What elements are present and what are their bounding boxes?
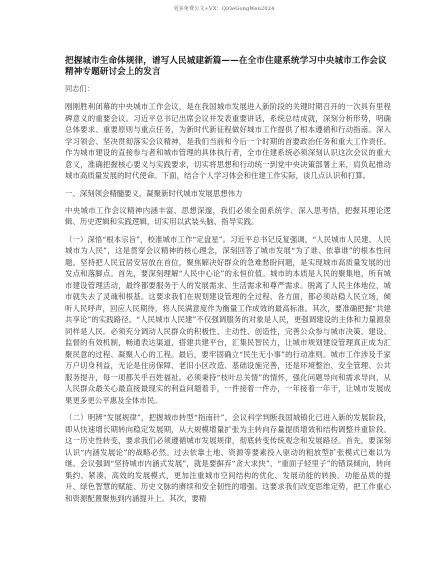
document-title: 把握城市生命体规律，谱写人民城建新篇——在全市住建系统学习中央城市工作会议精神专… [65,56,391,78]
document-body: 把握城市生命体规律，谱写人民城建新篇——在全市住建系统学习中央城市工作会议精神专… [65,56,391,510]
section-lead-paragraph: 中央城市工作会议精神内涵丰富、思想深邃，我们必须全面系统学、深入思考悟，把握其理… [65,205,391,228]
subsection-paragraph-1: （一）深悟“根本宗旨”，校准城市工作“定盘星”。习近平总书记反复强调，“人民城市… [65,234,391,407]
intro-paragraph: 刚刚胜利闭幕的中央城市工作会议，是在我国城市发展进入新阶段的关键时期召开的一次具… [65,101,391,182]
page-header-watermark: 更多免费公文+VX：QiGeGongWen2024 [0,5,448,12]
subsection-paragraph-2: （二）明辨“发展规律”，把握城市转型“指南针”。会议科学判断我国城镇化已进入新的… [65,412,391,504]
salutation: 同志们： [65,83,391,94]
section-heading: 一、深刻领会精髓要义，凝聚新时代城市发展思想伟力 [65,188,391,199]
